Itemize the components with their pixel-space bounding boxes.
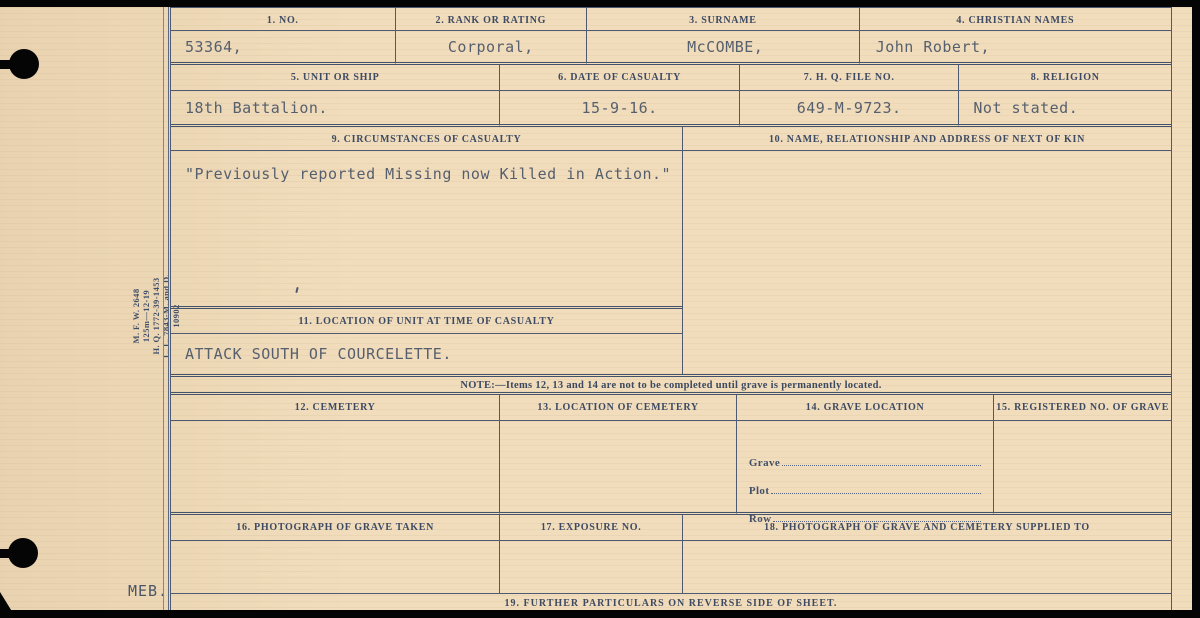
stamp-line: H. Q. 1772-39-1453 xyxy=(151,264,161,368)
field-label-location-of-cemetery: 13. LOCATION OF CEMETERY xyxy=(500,395,737,421)
field-value-no: 53364, xyxy=(171,31,396,65)
field-value-location-of-cemetery xyxy=(500,421,737,515)
grave-line-label: Grave xyxy=(749,457,780,469)
field-value-religion: Not stated. xyxy=(959,91,1171,127)
stamp-line: M. F. W. 2648 xyxy=(131,264,141,368)
field-label-grave-location: 14. GRAVE LOCATION xyxy=(737,395,994,421)
footer-line: 19. FURTHER PARTICULARS ON REVERSE SIDE … xyxy=(171,594,1171,611)
field-label-unit: 5. UNIT OR SHIP xyxy=(171,65,500,91)
dotted-leader xyxy=(771,492,981,494)
field-label-date-of-casualty: 6. DATE OF CASUALTY xyxy=(500,65,740,91)
dotted-leader xyxy=(782,464,981,466)
field-label-hq-file-no: 7. H. Q. FILE NO. xyxy=(740,65,960,91)
field-value-exposure-no xyxy=(500,541,683,593)
plot-line-label: Plot xyxy=(749,485,770,497)
field-value-photo-taken xyxy=(171,541,500,593)
field-value-cemetery xyxy=(171,421,500,515)
field-label-exposure-no: 17. EXPOSURE NO. xyxy=(500,515,683,541)
punch-slot-bottom xyxy=(0,549,16,558)
margin-rule xyxy=(163,7,169,610)
punch-slot-top xyxy=(0,60,18,69)
field-value-next-of-kin xyxy=(683,151,1171,374)
field-value-christian-names: John Robert, xyxy=(860,31,1171,65)
field-label-surname: 3. SURNAME xyxy=(587,8,859,31)
field-value-registered-no xyxy=(994,421,1171,515)
note-strip: NOTE:—Items 12, 13 and 14 are not to be … xyxy=(171,377,1171,395)
field-label-registered-no: 15. REGISTERED NO. OF GRAVE xyxy=(994,395,1171,421)
plot-line: Plot xyxy=(749,469,984,497)
field-label-location-of-unit: 11. LOCATION OF UNIT AT TIME OF CASUALTY xyxy=(171,309,682,334)
field-label-christian-names: 4. CHRISTIAN NAMES xyxy=(860,8,1171,31)
field-label-religion: 8. RELIGION xyxy=(959,65,1171,91)
field-value-date-of-casualty: 15-9-16. xyxy=(500,91,740,127)
field-label-photo-supplied: 18. PHOTOGRAPH OF GRAVE AND CEMETERY SUP… xyxy=(683,515,1171,541)
field-label-no: 1. NO. xyxy=(171,8,396,31)
field-label-circumstances: 9. CIRCUMSTANCES OF CASUALTY xyxy=(171,127,682,151)
field-value-photo-supplied xyxy=(683,541,1171,593)
field-value-location-of-unit: ATTACK SOUTH OF COURCELETTE. xyxy=(171,334,682,374)
record-table: 1. NO. 2. RANK OR RATING 3. SURNAME 4. C… xyxy=(170,7,1172,610)
field-value-circumstances: "Previously reported Missing now Killed … xyxy=(171,151,682,309)
document-scan: M. F. W. 2648 125m—12-19 H. Q. 1772-39-1… xyxy=(0,0,1200,618)
stamp-line: 125m—12-19 xyxy=(141,264,151,368)
field-value-unit: 18th Battalion. xyxy=(171,91,500,127)
grave-line: Grave xyxy=(749,441,984,469)
field-label-photo-taken: 16. PHOTOGRAPH OF GRAVE TAKEN xyxy=(171,515,500,541)
field-value-rank: Corporal, xyxy=(396,31,588,65)
field-value-surname: McCOMBE, xyxy=(587,31,860,65)
field-label-next-of-kin: 10. NAME, RELATIONSHIP AND ADDRESS OF NE… xyxy=(683,127,1171,151)
field-label-cemetery: 12. CEMETERY xyxy=(171,395,500,421)
field-label-rank: 2. RANK OR RATING xyxy=(396,8,588,31)
field-value-grave-location: Grave Plot Row xyxy=(737,421,995,515)
field-value-hq-file-no: 649-M-9723. xyxy=(740,91,960,127)
